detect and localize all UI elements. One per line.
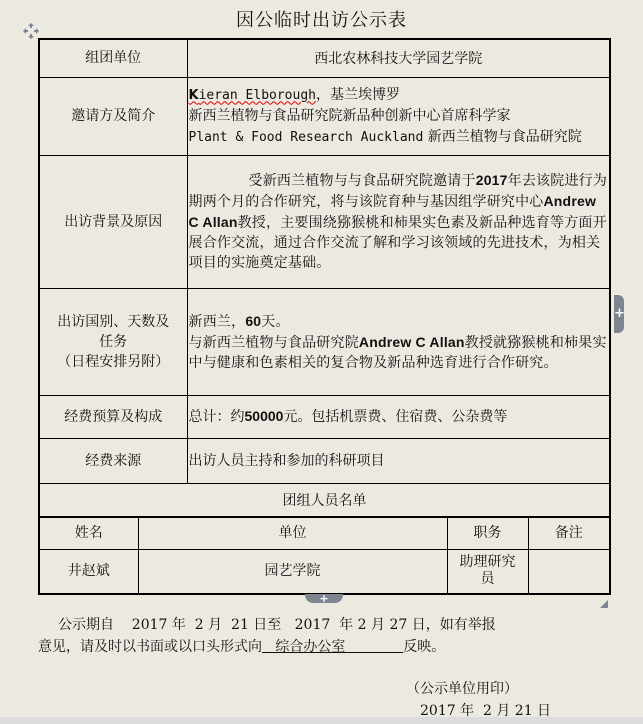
seal-label: （公示单位用印） [406, 678, 518, 698]
inviter-name-sep: ， [316, 87, 330, 103]
value-destination[interactable]: 新西兰，60天。 与新西兰植物与食品研究院Andrew C Allan教授就猕猴… [187, 288, 610, 395]
member-name[interactable]: 井赵斌 [40, 549, 138, 593]
notice-text: 公示期自 2017 年 2 月 21 日至 2017 年 2 月 27 日，如有… [38, 614, 598, 658]
member-position[interactable]: 助理研究 员 [447, 549, 528, 593]
col-header-note[interactable]: 备注 [528, 517, 609, 549]
status-strip [0, 717, 643, 724]
member-row: 井赵斌 园艺学院 助理研究 员 [40, 549, 609, 593]
row-destination: 出访国别、天数及 任务 （日程安排另附） 新西兰，60天。 与新西兰植物与食品研… [39, 288, 610, 395]
add-row-button[interactable]: + [305, 594, 343, 603]
label-destination[interactable]: 出访国别、天数及 任务 （日程安排另附） [39, 288, 187, 395]
members-table: 姓名 单位 职务 备注 井赵斌 园艺学院 助理研究 员 [40, 517, 609, 594]
row-funding-source: 经费来源 出访人员主持和参加的科研项目 [39, 438, 610, 483]
professor-name: Andrew C Allan [359, 334, 465, 350]
label-delegation-unit[interactable]: 组团单位 [39, 39, 187, 77]
label-budget[interactable]: 经费预算及构成 [39, 395, 187, 438]
row-delegation-unit: 组团单位 西北农林科技大学园艺学院 [39, 39, 610, 77]
col-header-position[interactable]: 职务 [447, 517, 528, 549]
notice-period: 公示期自 2017 年 2 月 21 日至 2017 年 2 月 27 日，如有… [38, 614, 598, 636]
members-header-row: 姓名 单位 职务 备注 [40, 517, 609, 549]
table-resize-handle-icon[interactable] [599, 596, 608, 605]
inviter-title: 新西兰植物与食品研究院新品种创新中心首席科学家 [189, 106, 610, 127]
table-move-handle-icon[interactable] [23, 23, 39, 39]
contact-office: 综合办公室 [262, 639, 403, 655]
value-budget[interactable]: 总计：约50000元。包括机票费、住宿费、公杂费等 [187, 395, 610, 438]
member-note[interactable] [528, 549, 609, 593]
label-funding-source[interactable]: 经费来源 [39, 438, 187, 483]
inviter-org-en: Plant & Food Research Auckland [189, 130, 424, 145]
row-members-header: 团组人员名单 [39, 483, 610, 516]
disclosure-table: 组团单位 西北农林科技大学园艺学院 邀请方及简介 Kieran Elboroug… [38, 38, 611, 595]
inviter-org-cn: 新西兰植物与食品研究院 [423, 129, 581, 145]
label-inviter[interactable]: 邀请方及简介 [39, 77, 187, 155]
col-header-unit[interactable]: 单位 [138, 517, 447, 549]
inviter-name-en: Kieran Elborough [189, 88, 316, 103]
inviter-name-cn: 基兰埃博罗 [330, 87, 400, 103]
value-funding-source[interactable]: 出访人员主持和参加的科研项目 [187, 438, 610, 483]
col-header-name[interactable]: 姓名 [40, 517, 138, 549]
row-background: 出访背景及原因 受新西兰植物与与食品研究院邀请于2017年去该院进行为期两个月的… [39, 155, 610, 288]
row-budget: 经费预算及构成 总计：约50000元。包括机票费、住宿费、公杂费等 [39, 395, 610, 438]
value-delegation-unit[interactable]: 西北农林科技大学园艺学院 [187, 39, 610, 77]
document-title: 因公临时出访公示表 [0, 6, 643, 32]
row-inviter: 邀请方及简介 Kieran ElboroughKieran Elborough，… [39, 77, 610, 155]
value-background[interactable]: 受新西兰植物与与食品研究院邀请于2017年去该院进行为期两个月的合作研究，将与该… [187, 155, 610, 288]
add-column-button[interactable]: + [614, 295, 624, 333]
member-unit[interactable]: 园艺学院 [138, 549, 447, 593]
members-header[interactable]: 团组人员名单 [39, 483, 610, 516]
label-background[interactable]: 出访背景及原因 [39, 155, 187, 288]
value-inviter[interactable]: Kieran ElboroughKieran Elborough，基兰埃博罗 新… [187, 77, 610, 155]
